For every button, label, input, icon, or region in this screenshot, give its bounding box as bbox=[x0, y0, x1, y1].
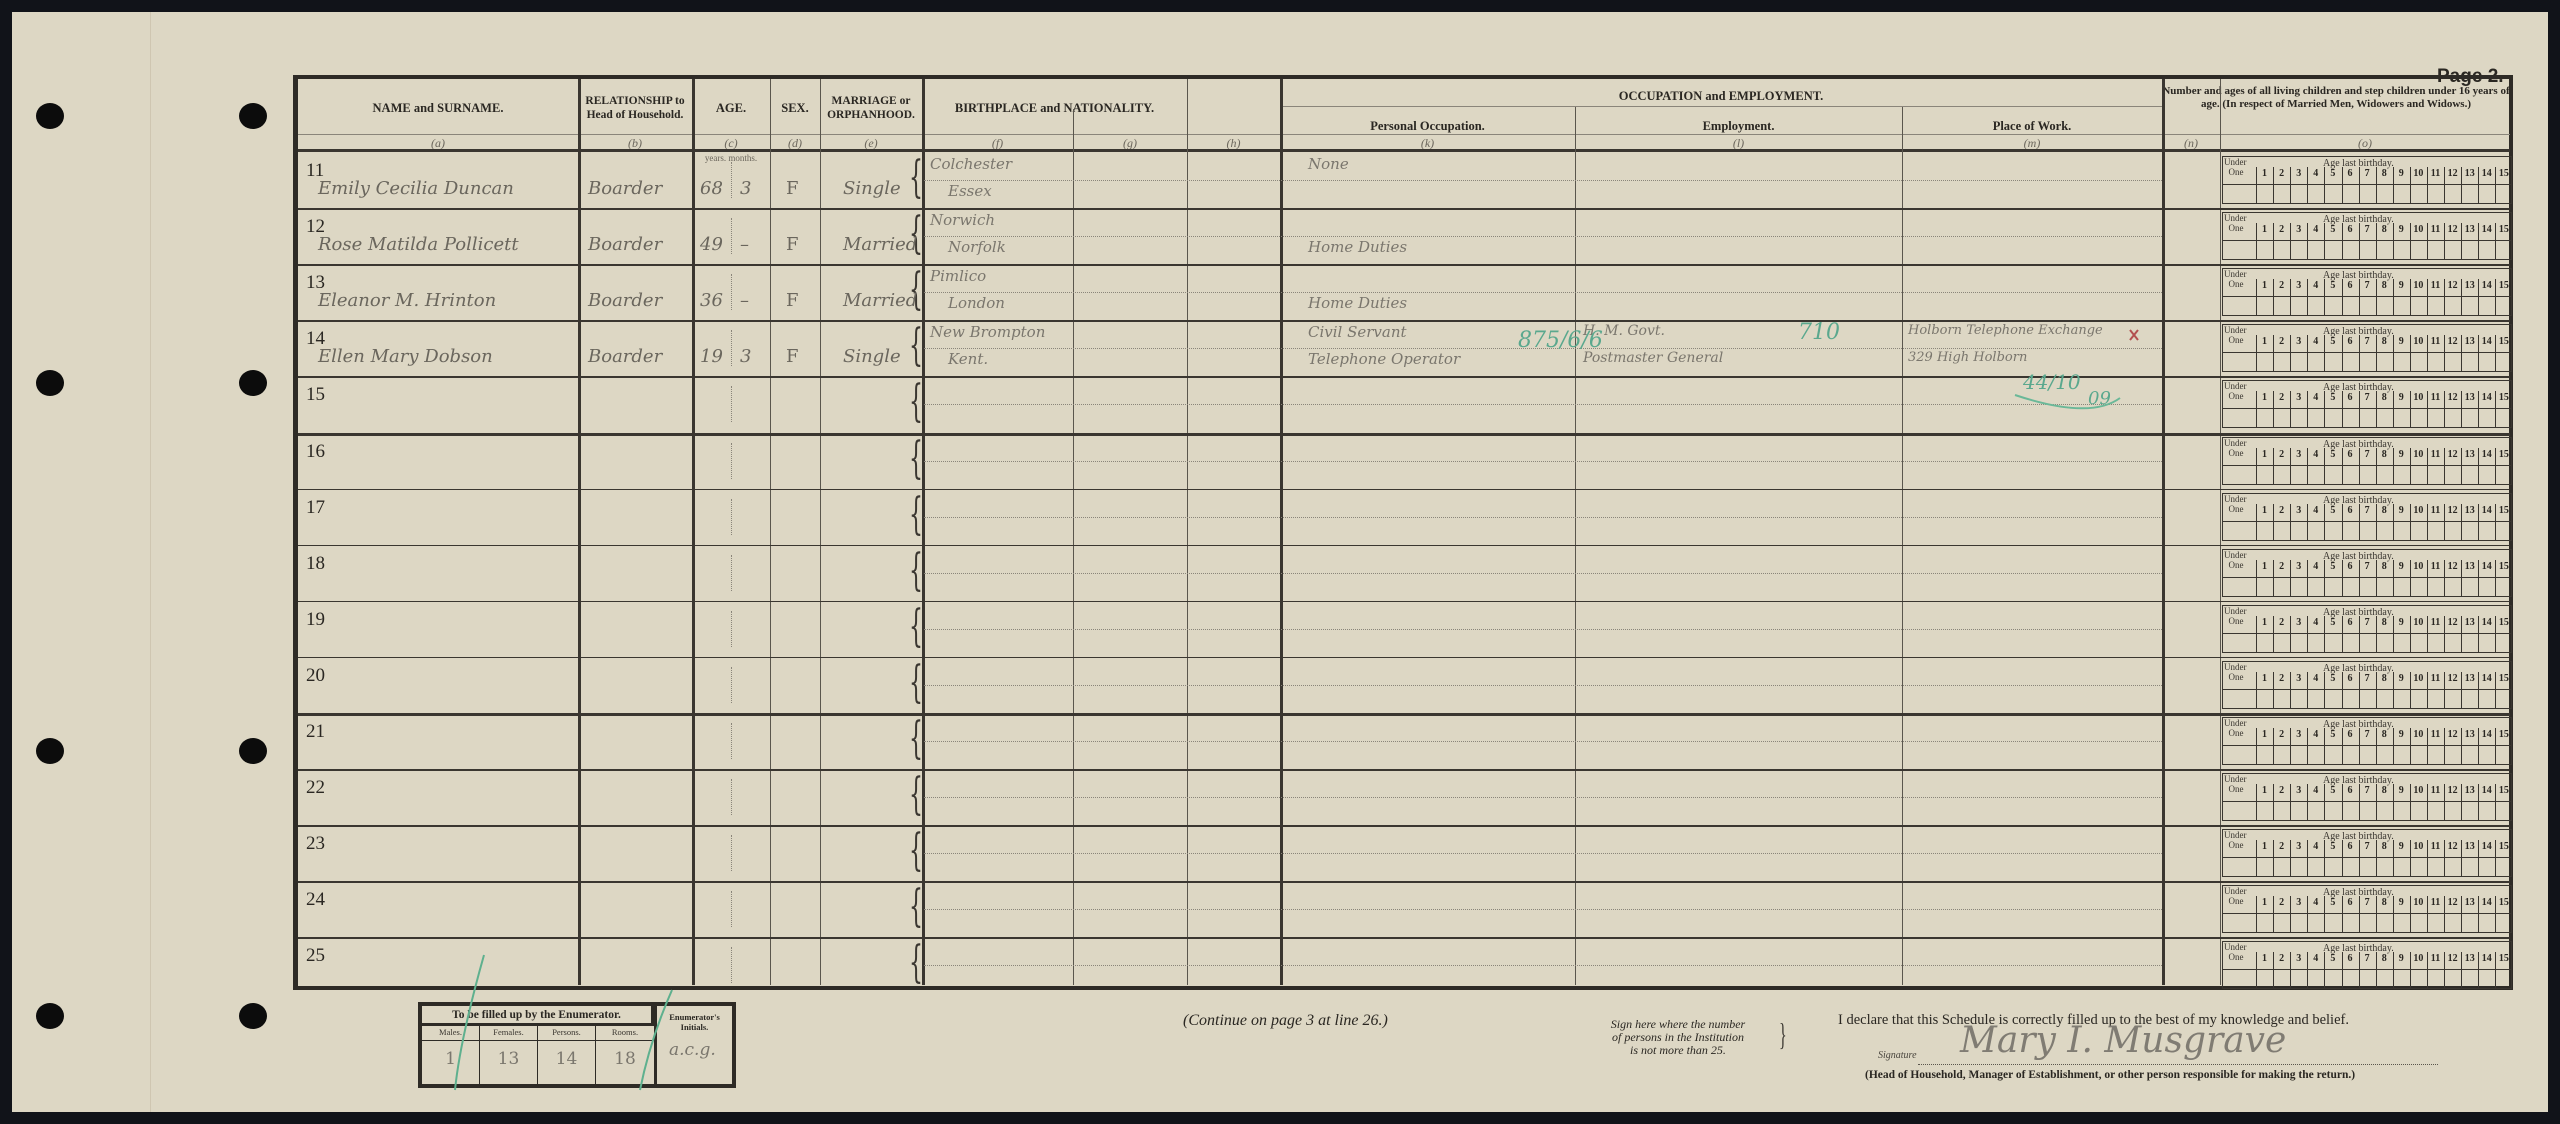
green-annotation-marks bbox=[0, 0, 2560, 1124]
